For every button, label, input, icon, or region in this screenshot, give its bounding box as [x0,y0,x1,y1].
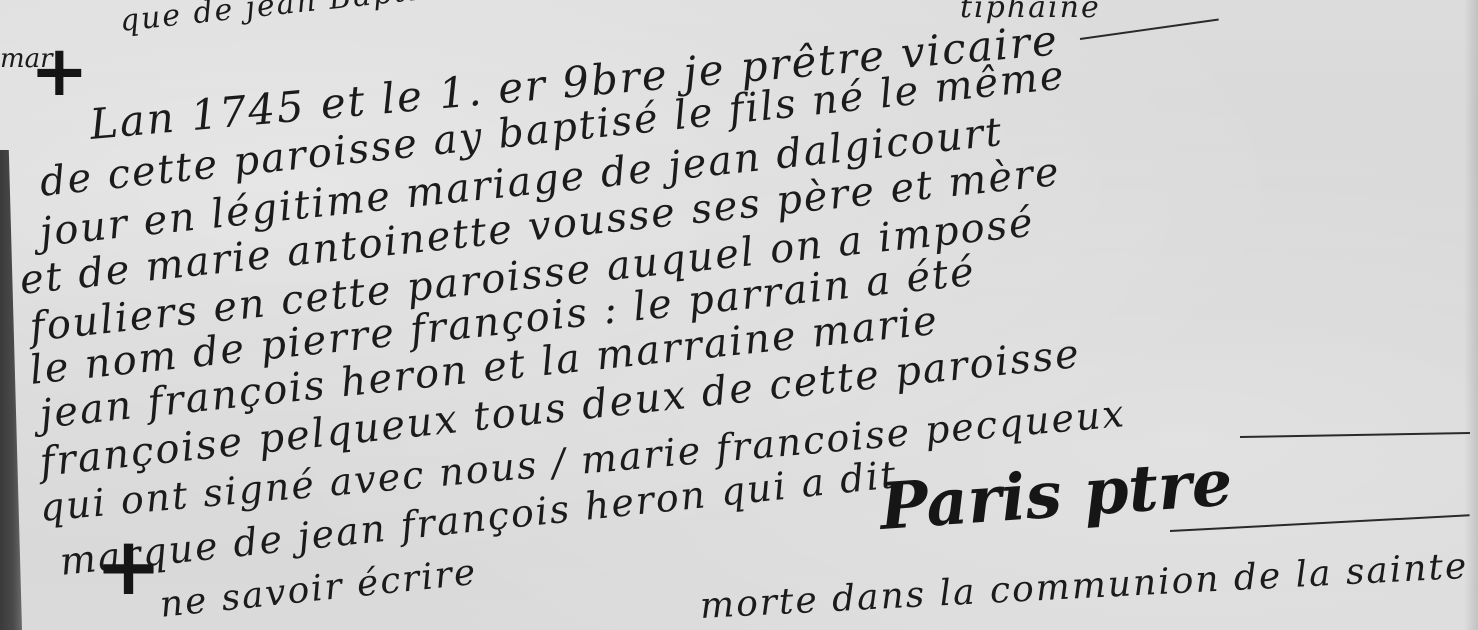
margin-cross-icon: + [30,30,89,112]
page-edge [1464,0,1478,630]
line-end-flourish [1240,432,1470,438]
register-page: mar + que de jean Baptiste tiphaine Lan … [0,0,1478,630]
godfather-cross-icon: + [95,520,162,613]
next-entry-fragment: morte dans la communion de la sainte [699,546,1469,627]
binding-shadow [0,150,22,630]
header-fragment-left: que de jean Baptiste [118,0,472,39]
